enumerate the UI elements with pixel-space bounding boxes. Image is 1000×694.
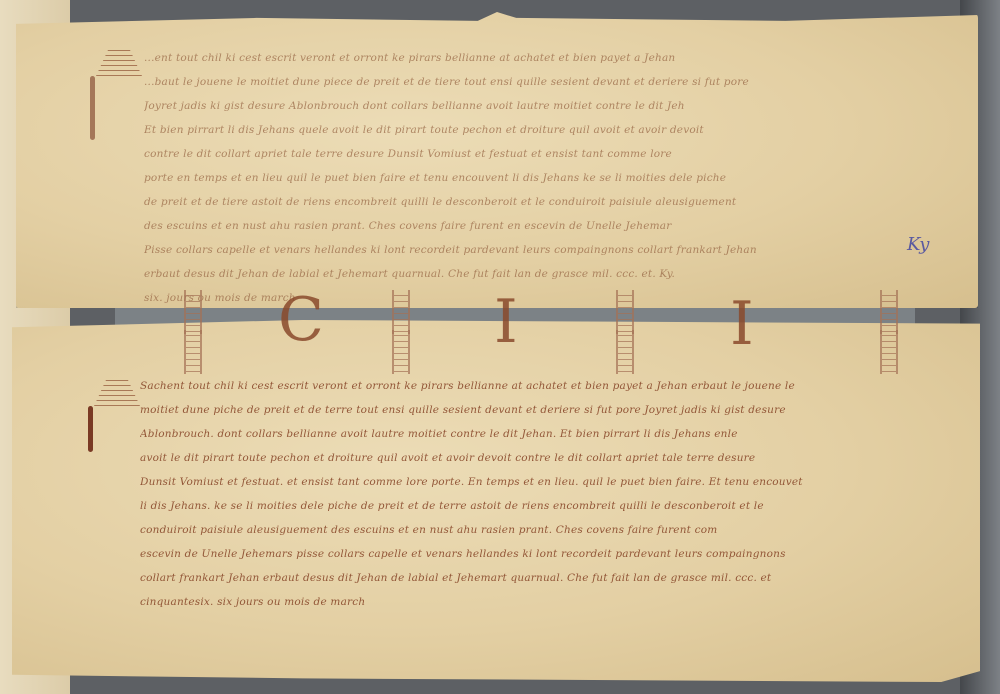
flourish-icon <box>184 290 202 334</box>
text-line: Sachent tout chil ki cest escrit veront … <box>140 374 960 398</box>
flourish-icon <box>880 330 898 374</box>
text-line: escevin de Unelle Jehemars pisse collars… <box>140 542 960 566</box>
text-line: li dis Jehans. ke se li moities dele pic… <box>140 494 960 518</box>
flourish-icon <box>184 330 202 374</box>
cut-letter: I <box>494 292 518 352</box>
margin-mark: Ky <box>907 234 929 255</box>
flourish-icon <box>616 330 634 374</box>
text-line: de preit et de tiere astoit de riens enc… <box>144 190 964 214</box>
text-line: Et bien pirrart li dis Jehans quele avoi… <box>144 118 964 142</box>
text-line: avoit le dit pirart toute pechon et droi… <box>140 446 960 470</box>
cut-letter: C <box>278 290 324 350</box>
initial-stem-icon <box>90 76 95 140</box>
chirograph-top-half: ...ent tout chil ki cest escrit veront e… <box>16 12 978 308</box>
text-line: ...ent tout chil ki cest escrit veront e… <box>144 46 964 70</box>
text-line: collart frankart Jehan erbaut desus dit … <box>140 566 960 590</box>
flourish-icon <box>392 290 410 334</box>
text-line: Joyret jadis ki gist desure Ablonbrouch … <box>144 94 964 118</box>
text-line: contre le dit collart apriet tale terre … <box>144 142 964 166</box>
top-text-block: ...ent tout chil ki cest escrit veront e… <box>144 46 964 310</box>
flourish-icon <box>616 290 634 334</box>
cut-letter: I <box>730 294 754 354</box>
decorated-initial-icon <box>96 46 142 76</box>
text-line: Pisse collars capelle et venars hellande… <box>144 238 964 262</box>
text-line: des escuins et en nust ahu rasien prant.… <box>144 214 964 238</box>
text-line: erbaut desus dit Jehan de labial et Jehe… <box>144 262 964 286</box>
initial-stem-icon <box>88 406 93 452</box>
text-line: ...baut le jouene le moitiet dune piece … <box>144 70 964 94</box>
chirograph-bottom-half: Sachent tout chil ki cest escrit veront … <box>12 320 980 682</box>
text-line: porte en temps et en lieu quil le puet b… <box>144 166 964 190</box>
bottom-text-block: Sachent tout chil ki cest escrit veront … <box>140 374 960 614</box>
text-line: Ablonbrouch. dont collars bellianne avoi… <box>140 422 960 446</box>
flourish-icon <box>880 290 898 334</box>
flourish-icon <box>392 330 410 374</box>
text-line: conduiroit paisiule aleusiguement des es… <box>140 518 960 542</box>
text-line: cinquantesix. six jours ou mois de march <box>140 590 960 614</box>
text-line: moitiet dune piche de preit et de terre … <box>140 398 960 422</box>
text-line: six. jours ou mois de march <box>144 286 964 310</box>
decorated-initial-icon <box>94 376 140 406</box>
text-line: Dunsit Vomiust et festuat. et ensist tan… <box>140 470 960 494</box>
